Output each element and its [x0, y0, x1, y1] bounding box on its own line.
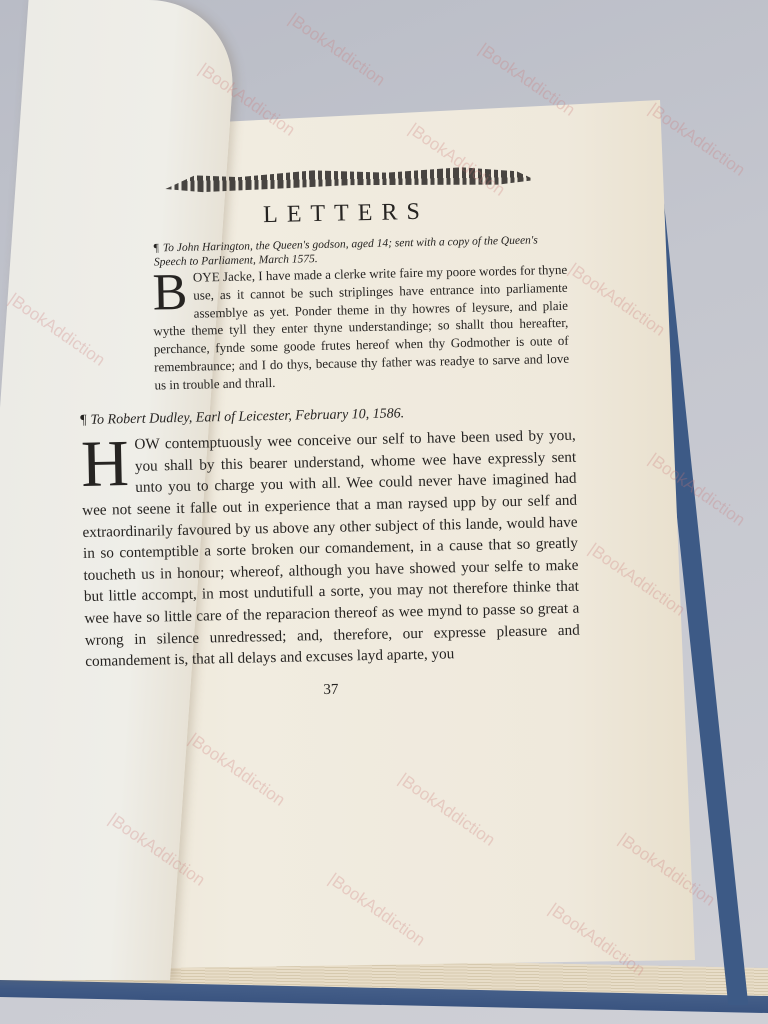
section-title: LETTERS [121, 196, 571, 232]
letter-body: BOYE Jacke, I have made a clerke write f… [152, 261, 570, 394]
watermark: |BookAddiction [284, 9, 388, 90]
drop-cap: B [152, 271, 188, 316]
drop-cap: H [81, 436, 130, 493]
letter-body: OW contemptuously wee conceive our self … [82, 427, 580, 670]
photo-scene: LETTERS ¶To John Harington, the Queen's … [0, 0, 768, 1024]
page-content: LETTERS ¶To John Harington, the Queen's … [80, 160, 581, 704]
letter-heading: ¶To Robert Dudley, Earl of Leicester, Fe… [80, 399, 575, 431]
pilcrow-icon: ¶ [80, 412, 87, 427]
letter-2: ¶To Robert Dudley, Earl of Leicester, Fe… [80, 399, 580, 672]
pilcrow-icon: ¶ [154, 242, 159, 254]
